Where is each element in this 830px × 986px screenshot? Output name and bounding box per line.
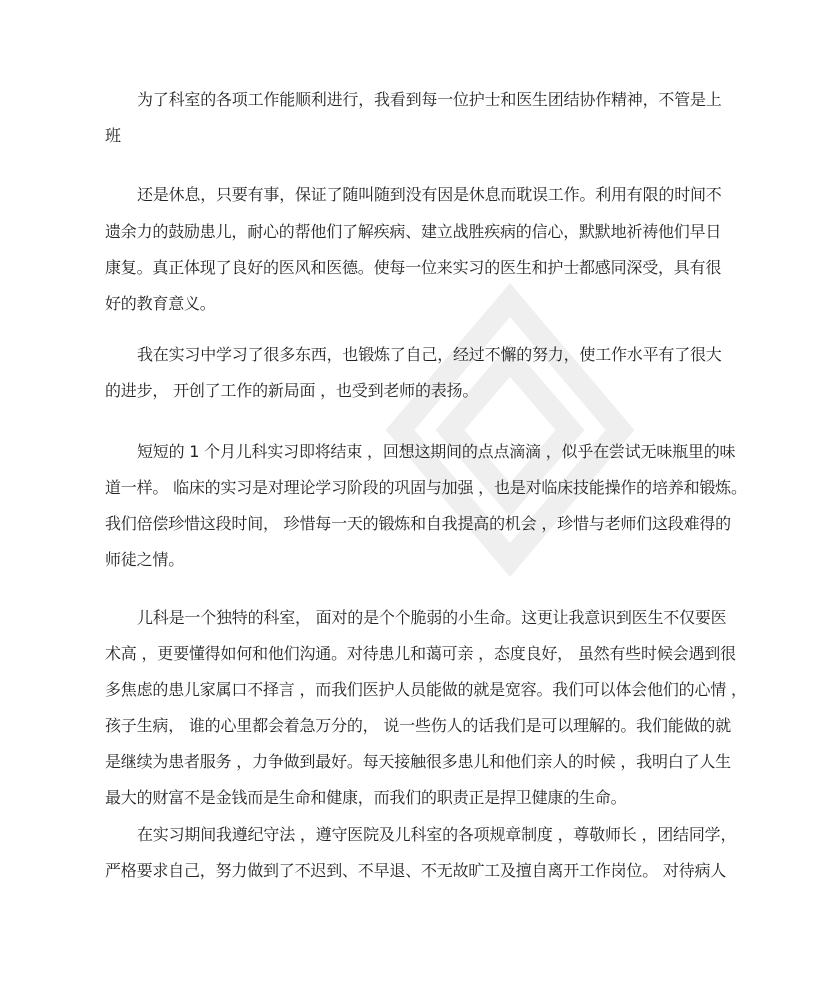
paragraph-4-line-2: 道一样。 临床的实习是对理论学习阶段的巩固与加强 ，也是对临床技能操作的培养和锻…	[105, 478, 747, 498]
paragraph-1-line-2: 班	[105, 126, 121, 146]
paragraph-4-line-3: 我们倍偿珍惜这段时间， 珍惜每一天的锻炼和自我提高的机会 ，珍惜与老师们这段难得…	[105, 514, 731, 534]
watermark-logo-icon	[380, 280, 640, 580]
paragraph-5-line-5: 是继续为患者服务 ，力争做到最好。每天接触很多患儿和他们亲人的时候 ，我明白了人…	[105, 752, 731, 772]
paragraph-5-line-3: 多焦虑的患儿家属口不择言 ，而我们医护人员能做的就是宽容。我们可以体会他们的心情…	[105, 680, 747, 700]
paragraph-1-line-1: 为了科室的各项工作能顺利进行，我看到每一位护士和医生团结协作精神，不管是上	[137, 90, 722, 110]
paragraph-2-line-2: 遗余力的鼓励患儿，耐心的帮他们了解疾病、建立战胜疾病的信心，默默地祈祷他们早日	[105, 222, 721, 242]
paragraph-6-line-2: 严格要求自己，努力做到了不迟到、不早退、不无故旷工及擅自离开工作岗位。 对待病人	[105, 861, 726, 881]
paragraph-5-line-4: 孩子生病， 谁的心里都会着急万分的， 说一些伤人的话我们是可以理解的。我们能做的…	[105, 716, 731, 736]
paragraph-2-line-3: 康复。真正体现了良好的医风和医德。使每一位来实习的医生和护士都感同深受，具有很	[105, 258, 721, 278]
document-page: 为了科室的各项工作能顺利进行，我看到每一位护士和医生团结协作精神，不管是上 班 …	[0, 0, 830, 986]
paragraph-5-line-6: 最大的财富不是金钱而是生命和健康，而我们的职责正是捍卫健康的生命。	[105, 788, 626, 808]
paragraph-5-line-1: 儿科是一个独特的科室， 面对的是个个脆弱的小生命。这更让我意识到医生不仅要医	[137, 608, 727, 628]
paragraph-3-line-2: 的进步， 开创了工作的新局面 ，也受到老师的表扬。	[105, 381, 478, 401]
paragraph-4-line-1: 短短的 1 个月儿科实习即将结束 ，回想这期间的点点滴滴 ，似乎在尝试无味瓶里的…	[137, 442, 735, 462]
paragraph-6-line-1: 在实习期间我遵纪守法 ，遵守医院及儿科室的各项规章制度 ，尊敬师长 ，团结同学，	[137, 825, 736, 845]
paragraph-5-line-2: 术高 ，更要懂得如何和他们沟通。对待患儿和蔼可亲 ，态度良好， 虽然有些时候会遇…	[105, 644, 736, 664]
paragraph-3-line-1: 我在实习中学习了很多东西，也锻炼了自己，经过不懈的努力，使工作水平有了很大	[137, 345, 722, 365]
paragraph-2-line-4: 好的教育意义。	[105, 294, 216, 314]
paragraph-4-line-4: 师徒之情。	[105, 550, 184, 570]
paragraph-2-line-1: 还是休息，只要有事，保证了随叫随到没有因是休息而耽误工作。利用有限的时间不	[137, 185, 722, 205]
